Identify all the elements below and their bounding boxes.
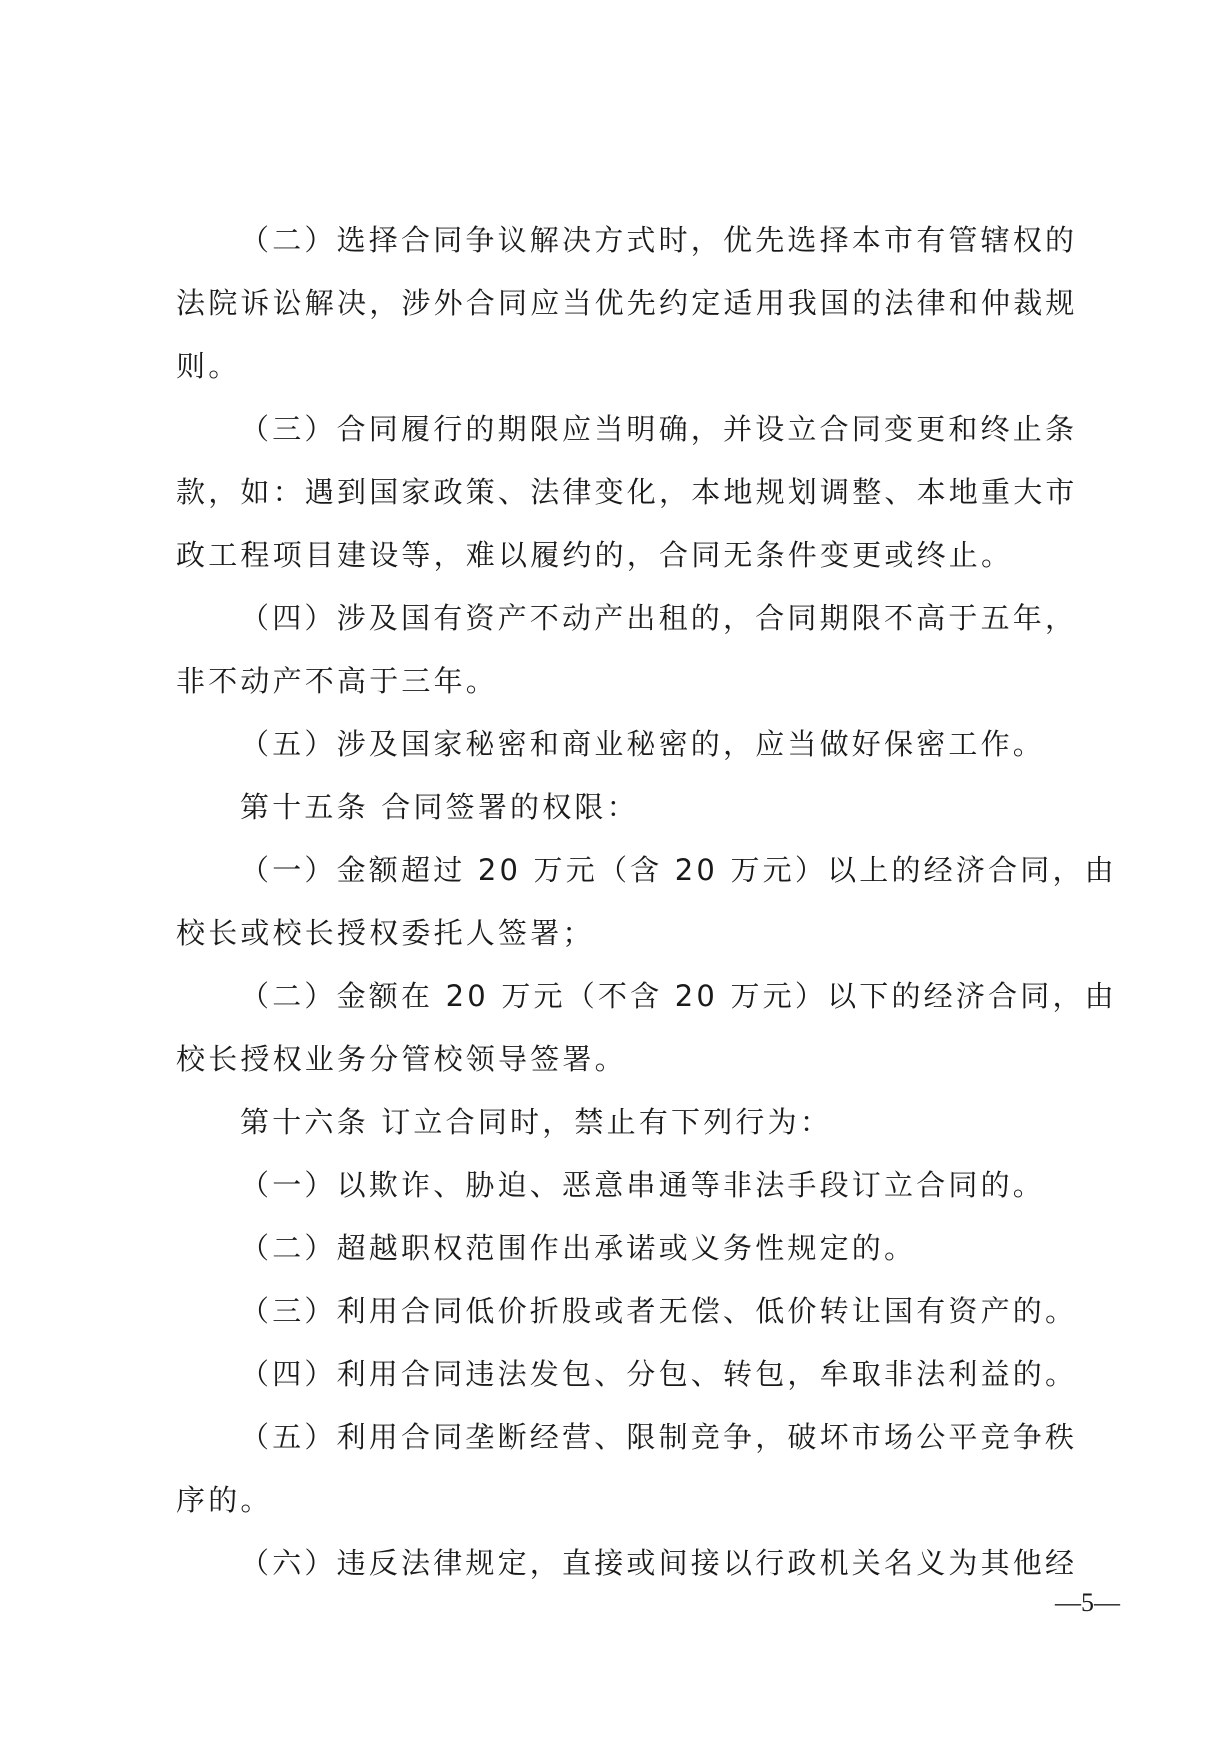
text-line: （五）涉及国家秘密和商业秘密的，应当做好保密工作。 bbox=[240, 724, 1045, 764]
text-line: （四）利用合同违法发包、分包、转包，牟取非法利益的。 bbox=[240, 1354, 1077, 1394]
text-line: （二）超越职权范围作出承诺或义务性规定的。 bbox=[240, 1228, 916, 1268]
text-line: （四）涉及国有资产不动产出租的，合同期限不高于五年， bbox=[240, 598, 1077, 638]
text-line: 则。 bbox=[176, 346, 240, 386]
page-number: —5— bbox=[1055, 1588, 1120, 1618]
text-line: 校长或校长授权委托人签署； bbox=[176, 913, 595, 953]
text-line: （五）利用合同垄断经营、限制竞争，破坏市场公平竞争秩 bbox=[240, 1417, 1077, 1457]
text-line: 非不动产不高于三年。 bbox=[176, 661, 498, 701]
article-heading: 第十五条 合同签署的权限： bbox=[240, 787, 639, 827]
text-line: （二）选择合同争议解决方式时，优先选择本市有管辖权的 bbox=[240, 220, 1077, 260]
text-line: 款，如：遇到国家政策、法律变化，本地规划调整、本地重大市 bbox=[176, 472, 1078, 512]
article-heading: 第十六条 订立合同时，禁止有下列行为： bbox=[240, 1102, 832, 1142]
text-line: 校长授权业务分管校领导签署。 bbox=[176, 1039, 627, 1079]
text-line: （二）金额在 20 万元（不含 20 万元）以下的经济合同，由 bbox=[240, 976, 1117, 1016]
text-line: （一）以欺诈、胁迫、恶意串通等非法手段订立合同的。 bbox=[240, 1165, 1045, 1205]
text-line: （三）合同履行的期限应当明确，并设立合同变更和终止条 bbox=[240, 409, 1077, 449]
text-line: 序的。 bbox=[176, 1480, 273, 1520]
text-line: （六）违反法律规定，直接或间接以行政机关名义为其他经 bbox=[240, 1543, 1077, 1583]
text-line: （三）利用合同低价折股或者无偿、低价转让国有资产的。 bbox=[240, 1291, 1077, 1331]
text-line: 政工程项目建设等，难以履约的，合同无条件变更或终止。 bbox=[176, 535, 1013, 575]
text-line: （一）金额超过 20 万元（含 20 万元）以上的经济合同，由 bbox=[240, 850, 1117, 890]
text-line: 法院诉讼解决，涉外合同应当优先约定适用我国的法律和仲裁规 bbox=[176, 283, 1078, 323]
document-page: （二）选择合同争议解决方式时，优先选择本市有管辖权的 法院诉讼解决，涉外合同应当… bbox=[0, 0, 1227, 1743]
